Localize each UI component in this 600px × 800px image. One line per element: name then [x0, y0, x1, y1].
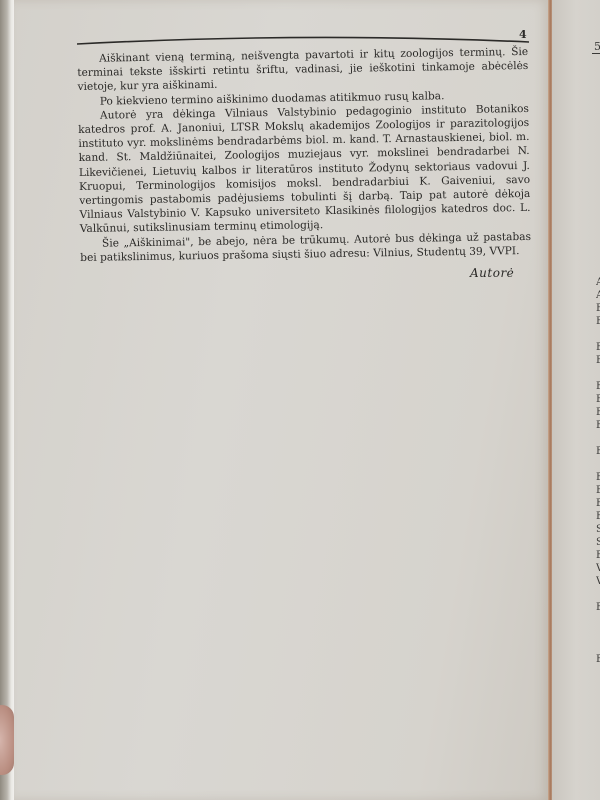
adjacent-page-number: 5	[594, 40, 600, 53]
fragment: S	[596, 536, 600, 549]
adjacent-header-rule	[592, 53, 600, 54]
author-signature: Autorė	[470, 266, 514, 280]
fragment: E	[596, 380, 600, 393]
fragment: E	[596, 302, 600, 315]
fragment: E	[596, 549, 600, 562]
fragment: E	[596, 393, 600, 406]
page-number: 4	[519, 28, 527, 41]
adjacent-page-text-fragments: A A E E E E E E E E E E E E E S S E V V …	[596, 276, 600, 666]
right-page	[552, 0, 600, 800]
body-text: Aiškinant vieną terminą, neišvengta pava…	[77, 45, 531, 265]
fragment: E	[596, 341, 600, 354]
fragment: E	[596, 419, 600, 432]
fragment: E	[596, 484, 600, 497]
fragment: E	[596, 653, 600, 666]
paragraph-acknowledgements: Autorė yra dėkinga Vilniaus Valstybinio …	[78, 102, 531, 237]
fragment: S	[596, 523, 600, 536]
fragment	[596, 367, 600, 380]
fragment	[596, 432, 600, 445]
fragment	[596, 458, 600, 471]
fragment: V	[596, 562, 600, 575]
fragment: E	[596, 510, 600, 523]
fragment	[596, 328, 600, 341]
fragment: V	[596, 575, 600, 588]
fragment	[596, 588, 600, 601]
fragment: E	[596, 601, 600, 614]
fragment: A	[596, 289, 600, 302]
fragment: A	[596, 276, 600, 289]
fragment	[596, 640, 600, 653]
fragment: E	[596, 354, 600, 367]
fragment	[596, 614, 600, 627]
fragment: E	[596, 471, 600, 484]
fragment: E	[596, 315, 600, 328]
thumb-holding-page	[0, 705, 14, 775]
fragment	[596, 627, 600, 640]
background-edge	[0, 0, 14, 800]
fragment: E	[596, 445, 600, 458]
fragment: E	[596, 497, 600, 510]
paragraph-terms-note: Aiškinant vieną terminą, neišvengta pava…	[77, 45, 529, 95]
fragment: E	[596, 406, 600, 419]
